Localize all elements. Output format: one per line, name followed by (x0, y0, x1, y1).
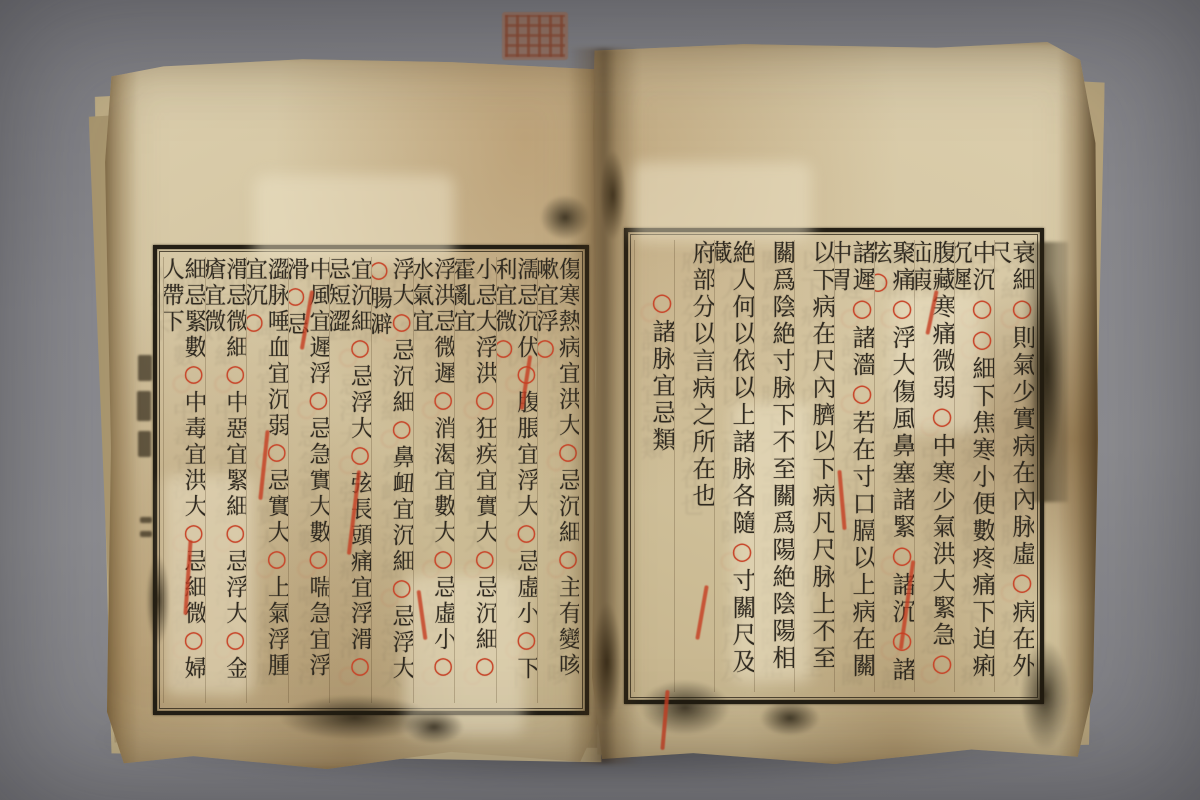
ink-blot (760, 700, 820, 736)
paper-repair-patch (254, 175, 454, 265)
text-column: 中風宜遲浮○忌急實大數○喘急宜浮滑○忌 (288, 257, 330, 703)
vermilion-circle: ○ (555, 439, 579, 468)
spine-title-mark (138, 355, 152, 381)
vermilion-circle: ○ (496, 335, 517, 364)
ink-blot (540, 195, 590, 240)
vermilion-circle: ○ (888, 294, 914, 325)
vermilion-circle: ○ (389, 309, 413, 338)
vermilion-circle: ○ (874, 267, 892, 298)
text-column: 府部分以言病之所在也 (674, 240, 714, 692)
vermilion-circle: ○ (848, 379, 874, 410)
ink-blot (592, 602, 622, 722)
ink-blot (404, 710, 464, 744)
text-column: 浮大○忌沉細○鼻衄宜沉細○忌浮大○腸澼 (371, 257, 413, 703)
vermilion-circle: ○ (555, 546, 579, 575)
vermilion-circle: ○ (513, 627, 537, 656)
vermilion-circle: ○ (430, 546, 454, 575)
spine-title-mark (137, 391, 151, 421)
ink-blot (640, 680, 730, 735)
right-page-surface: 衰細○則氣少實病在內脉虛○病在外尺中沉○○細下焦寒小便數疼痛下迫痢沉遲腹藏寒痛微… (592, 42, 1098, 764)
vermilion-circle: ○ (472, 546, 496, 575)
left-page: 傷寒熱病宜洪大○忌沉細○主有變咳嗽宜浮○濡忌沉伏○腹脹宜浮大○忌虛小○下利宜微○… (104, 55, 600, 769)
vermilion-circle: ○ (347, 442, 371, 471)
vermilion-circle: ○ (181, 361, 205, 390)
text-column: 滑忌微細○中惡宜緊細○忌浮大○金瘡宜微 (205, 257, 247, 703)
vermilion-circle: ○ (648, 288, 674, 319)
vermilion-circle: ○ (472, 653, 496, 682)
vermilion-circle: ○ (430, 653, 454, 682)
ink-blot (146, 555, 170, 645)
ink-blot (1030, 270, 1064, 470)
vermilion-circle: ○ (246, 309, 267, 338)
vermilion-circle: ○ (389, 575, 413, 604)
spine-title-mark (138, 431, 151, 457)
vermilion-circle: ○ (181, 627, 205, 656)
text-column: 濡忌沉伏○腹脹宜浮大○忌虛小○下利宜微○ (496, 257, 538, 703)
ink-blot (1020, 640, 1070, 750)
vermilion-circle: ○ (728, 537, 754, 568)
vermilion-circle: ○ (848, 294, 874, 325)
text-column: 傷寒熱病宜洪大○忌沉細○主有變咳嗽宜浮○ (537, 257, 579, 703)
right-text-frame: 衰細○則氣少實病在內脉虛○病在外尺中沉○○細下焦寒小便數疼痛下迫痢沉遲腹藏寒痛微… (624, 228, 1044, 704)
spine-folio-mark (140, 531, 152, 537)
vermilion-circle: ○ (371, 257, 392, 286)
text-column: 浮洪忌微遲○消渴宜數大○忌虛小○水氣宜 (413, 257, 455, 703)
vermilion-circle: ○ (347, 653, 371, 682)
text-column: 關爲陰絶寸脉下不至關爲陽絶陰陽相 (754, 240, 794, 692)
vermilion-circle: ○ (222, 361, 246, 390)
vermilion-circle: ○ (181, 520, 205, 549)
vermilion-circle: ○ (513, 520, 537, 549)
photo-background: 傷寒熱病宜洪大○忌沉細○主有變咳嗽宜浮○濡忌沉伏○腹脹宜浮大○忌虛小○下利宜微○… (0, 0, 1200, 800)
text-column: 澀脉唾血宜沉弱○忌實大○上氣浮腫宜沉○ (246, 257, 288, 703)
vermilion-circle: ○ (222, 520, 246, 549)
vermilion-circle: ○ (305, 387, 329, 416)
vermilion-circle: ○ (347, 335, 371, 364)
left-text-frame: 傷寒熱病宜洪大○忌沉細○主有變咳嗽宜浮○濡忌沉伏○腹脹宜浮大○忌虛小○下利宜微○… (153, 245, 589, 715)
vermilion-circle: ○ (264, 546, 288, 575)
right-page: 衰細○則氣少實病在內脉虛○病在外尺中沉○○細下焦寒小便數疼痛下迫痢沉遲腹藏寒痛微… (592, 42, 1098, 764)
vermilion-circle: ○ (928, 402, 954, 433)
vermilion-circle: ○ (305, 546, 329, 575)
text-column: 諸遲○諸濇○若在寸口膈以上病在關中胃 (834, 240, 874, 692)
collector-seal (502, 12, 568, 60)
vermilion-circle: ○ (928, 649, 954, 680)
ink-blot (600, 150, 626, 240)
text-column: 聚痛○浮大傷風鼻塞諸緊○諸沉○諸弦○ (874, 240, 914, 692)
vermilion-circle: ○ (537, 335, 558, 364)
left-page-columns: 傷寒熱病宜洪大○忌沉細○主有變咳嗽宜浮○濡忌沉伏○腹脹宜浮大○忌虛小○下利宜微○… (163, 257, 579, 703)
vermilion-circle: ○ (389, 416, 413, 445)
vermilion-circle: ○ (472, 387, 496, 416)
left-page-surface: 傷寒熱病宜洪大○忌沉細○主有變咳嗽宜浮○濡忌沉伏○腹脹宜浮大○忌虛小○下利宜微○… (104, 55, 600, 769)
text-column: 小忌大浮洪○狂疾宜實大○忌沉細○霍亂宜 (454, 257, 496, 703)
text-column: 絶人何以依以上諸脉各隨○寸關尺及藏 (714, 240, 754, 692)
vermilion-circle: ○ (1008, 568, 1034, 599)
text-column: 以下病在尺內臍以下病凡尺脉上不至 (794, 240, 834, 692)
vermilion-circle: ○ (288, 283, 309, 312)
vermilion-circle: ○ (430, 387, 454, 416)
vermilion-circle: ○ (968, 294, 994, 325)
text-column: ○諸脉宜忌類 (634, 240, 674, 692)
text-column: 細忌緊數○中毒宜洪大○忌細微○婦人帶下 (163, 257, 205, 703)
vermilion-circle: ○ (222, 627, 246, 656)
paper-repair-patch (632, 162, 812, 242)
right-page-columns: 衰細○則氣少實病在內脉虛○病在外尺中沉○○細下焦寒小便數疼痛下迫痢沉遲腹藏寒痛微… (634, 240, 1034, 692)
text-column: 宜沉細○忌浮大○弦長頭痛宜浮滑○忌短澀 (329, 257, 371, 703)
vermilion-circle: ○ (968, 325, 994, 356)
text-column: 中沉○○細下焦寒小便數疼痛下迫痢沉遲 (954, 240, 994, 692)
spine-folio-mark (140, 517, 152, 523)
